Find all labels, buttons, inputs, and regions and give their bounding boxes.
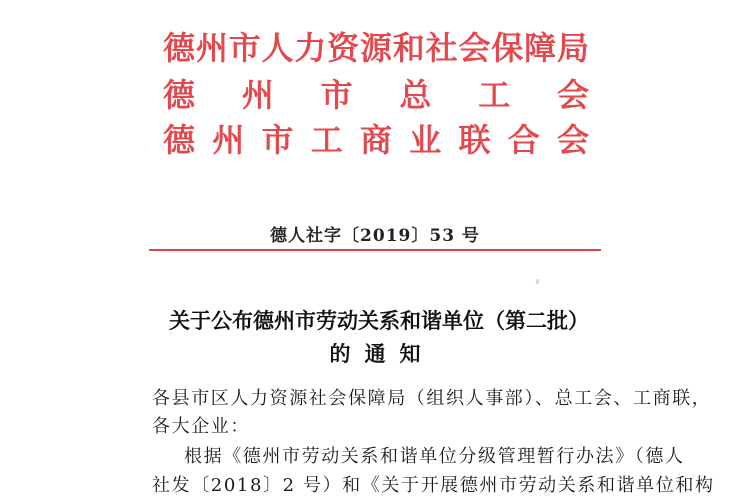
letterhead-issuer-trade-union: 德 州 市 总 工 会 xyxy=(163,78,589,112)
letterhead-char: 德 xyxy=(163,78,195,112)
letterhead-char: 市 xyxy=(229,31,261,65)
letterhead-char: 工 xyxy=(311,123,343,157)
notice-title-line-2: 的通知 xyxy=(0,338,750,368)
letterhead-char: 州 xyxy=(196,31,228,65)
letterhead-char: 业 xyxy=(409,123,441,157)
letterhead-char: 州 xyxy=(242,78,274,112)
letterhead-char: 人 xyxy=(261,31,293,65)
letterhead-char: 会 xyxy=(458,31,490,65)
document-number: 德人社字〔2019〕53 号 xyxy=(0,221,750,246)
letterhead-char: 德 xyxy=(163,123,195,157)
scan-speck xyxy=(535,279,540,285)
notice-title-line-1: 关于公布德州市劳动关系和谐单位（第二批） xyxy=(4,305,750,335)
addressee-line-2: 各大企业： xyxy=(152,412,612,438)
letterhead-char: 州 xyxy=(212,123,244,157)
letterhead-char: 联 xyxy=(459,123,491,157)
letterhead-char: 障 xyxy=(524,31,556,65)
letterhead-char: 商 xyxy=(360,123,392,157)
letterhead-char: 保 xyxy=(491,31,523,65)
letterhead-char: 总 xyxy=(399,78,431,112)
letterhead-char: 社 xyxy=(426,31,458,65)
letterhead-issuer-federation-of-industry-commerce: 德 州 市 工 商 业 联 合 会 xyxy=(163,123,589,157)
letterhead-char: 和 xyxy=(393,31,425,65)
letterhead-char: 市 xyxy=(262,123,294,157)
letterhead-char: 合 xyxy=(508,123,540,157)
letterhead-char: 源 xyxy=(360,31,392,65)
body-paragraph-line-1: 根据《德州市劳动关系和谐单位分级管理暂行办法》（德人 xyxy=(184,442,644,468)
letterhead-issuer-hrss-bureau: 德 州 市 人 力 资 源 和 社 会 保 障 局 xyxy=(163,31,589,65)
letterhead-char: 德 xyxy=(163,31,195,65)
addressee-line-1: 各县市区人力资源社会保障局（组织人事部）、总工会、工商联， xyxy=(152,384,612,410)
letterhead-char: 力 xyxy=(294,31,326,65)
letterhead-char: 局 xyxy=(557,31,589,65)
body-paragraph-line-2: 社发〔2018〕2 号）和《关于开展德州市劳动关系和谐单位和构 xyxy=(152,471,612,497)
letterhead-char: 会 xyxy=(557,123,589,157)
letterhead-char: 会 xyxy=(557,78,589,112)
letterhead-char: 资 xyxy=(327,31,359,65)
letterhead-char: 工 xyxy=(478,78,510,112)
letterhead-char: 市 xyxy=(321,78,353,112)
red-divider-rule xyxy=(149,249,601,251)
